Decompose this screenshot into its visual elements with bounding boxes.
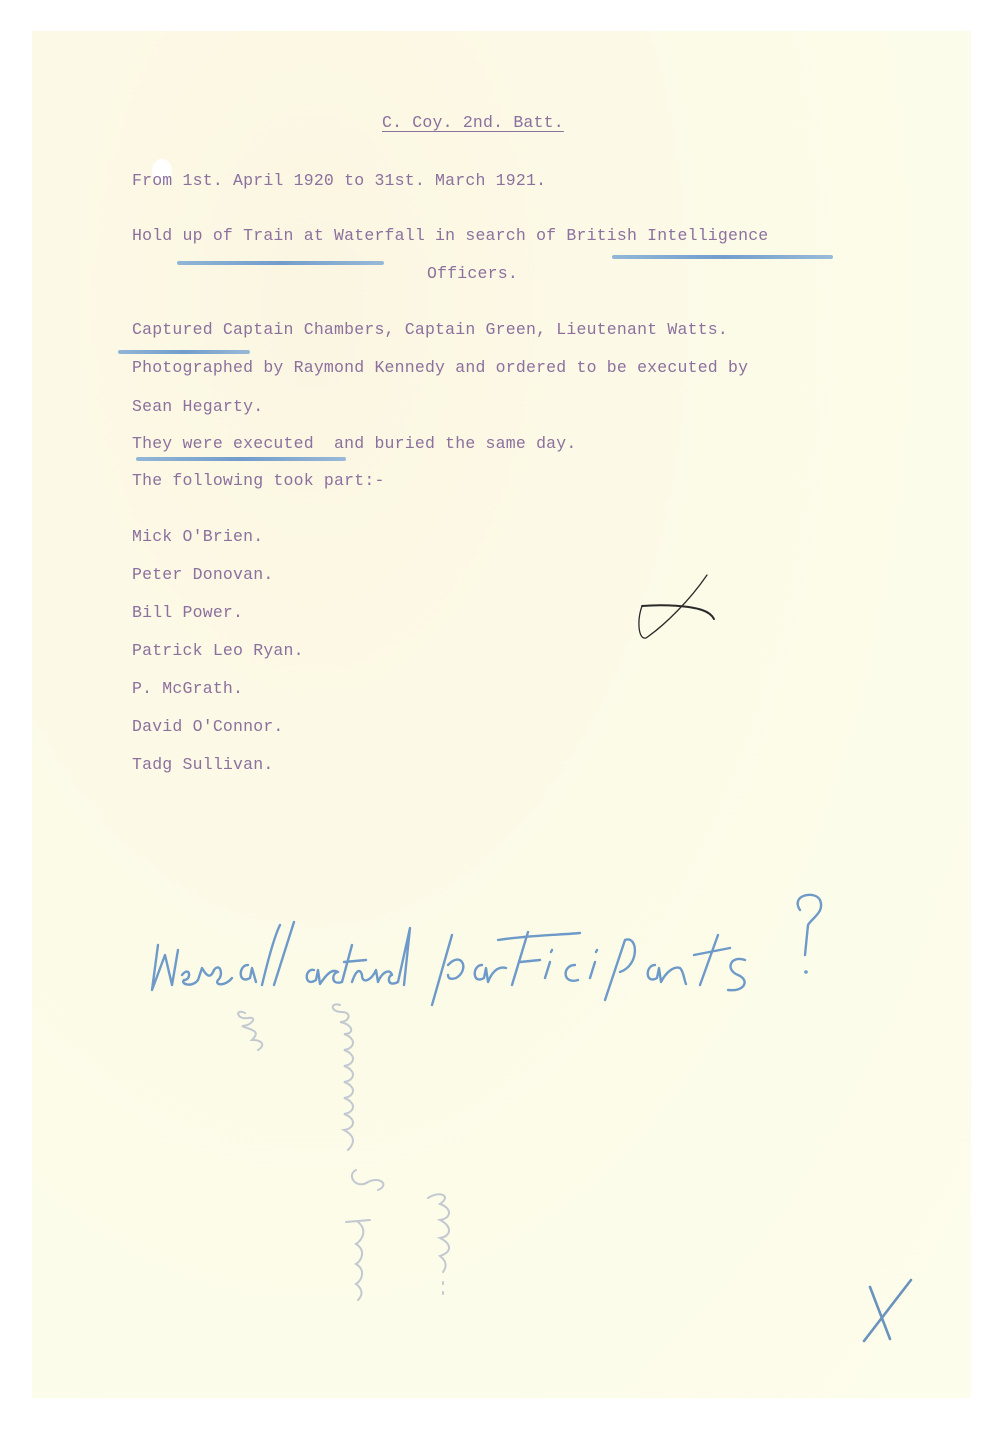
event-title-line-1: Hold up of Train at Waterfall in search … <box>132 226 768 246</box>
pencil-underline-british-intelligence <box>612 255 833 259</box>
date-range: From 1st. April 1920 to 31st. March 1921… <box>132 171 546 191</box>
body-line-photographed: Photographed by Raymond Kennedy and orde… <box>132 358 748 378</box>
participant-item: Mick O'Brien. <box>132 527 263 547</box>
body-line-executed: They were executed and buried the same d… <box>132 434 576 454</box>
pencil-underline-captured <box>118 350 250 354</box>
participant-item: David O'Connor. <box>132 717 284 737</box>
event-title-line-2: Officers. <box>427 264 518 284</box>
participant-item: Tadg Sullivan. <box>132 755 273 775</box>
participant-item: P. McGrath. <box>132 679 243 699</box>
body-line-hegarty: Sean Hegarty. <box>132 397 263 417</box>
participant-item: Bill Power. <box>132 603 243 623</box>
participant-item: Peter Donovan. <box>132 565 273 585</box>
body-line-following: The following took part:- <box>132 471 385 491</box>
body-line-captured: Captured Captain Chambers, Captain Green… <box>132 320 728 340</box>
pencil-underline-they-were-executed <box>136 457 346 461</box>
pencil-underline-hold-up-of-train <box>177 261 384 265</box>
participant-item: Patrick Leo Ryan. <box>132 641 304 661</box>
document-heading: C. Coy. 2nd. Batt. <box>382 113 564 133</box>
